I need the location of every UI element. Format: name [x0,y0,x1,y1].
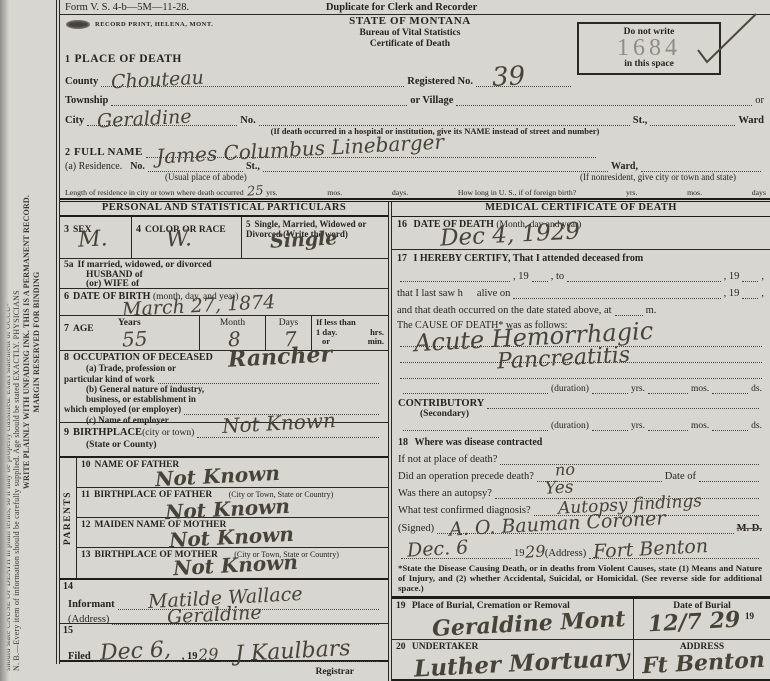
filed-year-handwritten: 29 [197,644,219,664]
residence-st-line [263,160,608,172]
death-occurred-label: and that death occurred on the date stat… [397,305,612,316]
howlong-label: How long in U. S., if of foreign birth? [458,188,576,197]
parents-side-label-cell: PARENTS [60,458,77,578]
margin-note-line1: N. B.—Every item of information should b… [12,3,21,681]
margin-note-line3: PATION is very important. [0,3,3,681]
if-not-label: If not at place of death? [398,454,497,465]
city-line: Geraldine [87,114,237,126]
death-certificate-scan: PATION is very important. should state C… [0,0,770,681]
informant-address-label: (Address) [68,614,109,625]
row-occupation: 8OCCUPATION OF DECEASED (a) Trade, profe… [60,351,388,423]
birthplace-label: BIRTHPLACE [73,427,142,438]
marital-cell: 5Single, Married, Widowed or Divorced (W… [242,217,388,258]
printer-name: RECORD PRINT, HELENA, MONT. [95,21,213,28]
printer-logo-icon [66,20,90,29]
residence-subnotes: (Usual place of abode) (If nonresident, … [60,172,770,183]
row-5a: 5aIf married, widowed, or divorced HUSBA… [60,259,388,289]
address-label: (Address) [545,548,586,559]
personal-column-header: PERSONAL AND STATISTICAL PARTICULARS [60,202,388,217]
state-title: STATE OF MONTANA [255,16,565,28]
village-or: or [755,95,764,106]
undertaker-address-cell: ADDRESS Ft Benton [634,640,770,679]
township-line [111,94,407,106]
undertaker-address-handwritten: Ft Benton [641,647,765,679]
occupation-label: OCCUPATION OF DECEASED [73,352,213,363]
residence-ward-line [641,160,761,172]
signed-year-handwritten: 29 [524,541,546,561]
contributory-block: CONTRIBUTORY (Secondary) [392,394,770,418]
cause-of-death-area: Acute Hemorrhagic Pancreatitis [392,331,770,381]
alive-on-label: alive on [477,288,511,299]
age-label: AGE [73,324,94,334]
bureau-title: Bureau of Vital Statistics [255,28,565,40]
section1-number: 1 [65,54,71,65]
row-sex-race-marital: 3SEX M. 4COLOR OR RACE W. 5Single, Marri… [60,217,388,259]
burial-place-cell: 19 Place of Burial, Cremation or Removal… [392,599,634,639]
age-years-cell: 7AGE Years 55 [60,316,200,350]
father-name-handwritten: Not Known [154,461,280,492]
informant-address-handwritten: Geraldine [167,602,263,629]
marital-handwritten: Single [270,233,338,247]
full-name-label: FULL NAME [74,146,143,158]
county-row: County Chouteau Registered No. 39 [60,65,580,87]
state-heading: STATE OF MONTANA Bureau of Vital Statist… [255,16,565,51]
undertaker-cell: 20 UNDERTAKER Luther Mortuary [392,640,634,679]
city-st-line [650,114,735,126]
county-line: Chouteau [101,75,404,87]
row-age: 7AGE Years 55 Month 8 Days 7 If less tha… [60,316,388,351]
occupation-b1: (b) General nature of industry, [64,384,388,394]
test-label: What test confirmed diagnosis? [398,505,531,516]
duplicate-note: Duplicate for Clerk and Recorder [189,2,614,13]
township-label: Township [65,95,108,106]
residence-ward-label: Ward, [611,161,638,172]
registered-no-label: Registered No. [407,76,473,87]
medical-column-header: MEDICAL CERTIFICATE OF DEATH [392,202,770,217]
occupation-a2: particular kind of work [64,374,155,384]
personal-column: PERSONAL AND STATISTICAL PARTICULARS 3SE… [60,202,392,681]
autopsy-label: Was there an autopsy? [398,488,492,499]
m5a-line1: If married, widowed, or divorced [78,260,212,270]
row-date-of-death: 16 DATE OF DEATH (Month, day and year) D… [392,217,770,250]
length-yrs: yrs. [266,188,277,197]
certify-statement: I HEREBY CERTIFY, That I attended deceas… [414,253,644,264]
residence-label: (a) Residence. [65,161,122,172]
row-date-of-birth: 6DATE OF BIRTH (month, day, and year) Ma… [60,289,388,316]
row-father-name: 10NAME OF FATHER Not Known [77,458,388,488]
length-label: Length of residence in city or town wher… [65,188,244,197]
signed-date-handwritten: Dec. 6 [406,536,468,561]
place-of-death-title: 1PLACE OF DEATH [60,53,770,65]
birthplace-handwritten: Not Known [222,408,337,438]
length-handwritten: 25 [246,183,264,199]
signed-address-handwritten: Fort Benton [593,535,709,563]
form-number: Form V. S. 4-b—5M—11-28. [65,2,189,13]
form-top-row: Form V. S. 4-b—5M—11-28. Duplicate for C… [60,0,770,15]
registrar-signature: J Kaulbars [234,636,351,667]
date-of-label: Date of [665,471,696,482]
race-handwritten: W. [165,226,192,252]
city-no-label: No. [240,115,255,126]
birthplace-sublabel: (city or town) [142,428,194,438]
certificate-title: Certificate of Death [255,39,565,51]
length-mos: mos. [327,188,342,197]
duration-line-primary: (duration) yrs. mos. ds. [392,381,770,394]
operation-label: Did an operation precede death? [398,471,534,482]
county-label: County [65,76,98,87]
row-mother-birthplace: 13BIRTHPLACE OF MOTHER (City or Town, St… [77,548,388,578]
row-burial: 19 Place of Burial, Cremation or Removal… [392,599,770,640]
village-line [456,94,752,106]
registered-no-line: 39 [476,75,571,87]
disease-contracted-block: 18 Where was disease contracted If not a… [392,431,770,559]
margin-write-plainly: WRITE PLAINLY WITH UNFADING INK. THIS IS… [22,3,31,681]
last-saw-label: that I last saw h [397,288,463,299]
burial-date-cell: Date of Burial 19 12/7 29 [634,599,770,639]
full-name-line: James Columbus Linebarger [146,146,596,158]
mother-birthplace-handwritten: Not Known [172,550,298,581]
sex-cell: 3SEX M. [60,217,132,258]
medical-column: MEDICAL CERTIFICATE OF DEATH 16 DATE OF … [392,202,770,681]
section2-number: 2 [65,147,70,158]
certify-block: 17 I HEREBY CERTIFY, That I attended dec… [392,250,770,331]
certificate-form: Form V. S. 4-b—5M—11-28. Duplicate for C… [56,0,770,664]
row-mother-name: 12MAIDEN NAME OF MOTHER Not Known [77,518,388,548]
informant-label: Informant [68,599,115,610]
occupation-handwritten: Rancher [228,349,332,365]
section-place-of-death: 1PLACE OF DEATH County Chouteau Register… [60,53,770,137]
length-days: days. [392,188,408,197]
registered-no-handwritten: 39 [491,61,526,93]
row-filed: 15 Filed Dec 6, , 19 29 J Kaulbars Regis… [60,624,388,662]
filed-19: , 19 [182,651,198,662]
residence-no-label: No. [130,161,145,172]
abode-note: (Usual place of abode) [165,172,247,183]
check-mark [690,12,770,70]
printer-stamp: RECORD PRINT, HELENA, MONT. [66,20,213,29]
parents-block: PARENTS 10NAME OF FATHER Not Known 11BIR… [60,458,388,580]
row-undertaker: 20 UNDERTAKER Luther Mortuary ADDRESS Ft… [392,640,770,681]
row-birthplace: 9 BIRTHPLACE (city or town) Not Known (S… [60,423,388,458]
full-name-row: 2 FULL NAME James Columbus Linebarger [60,137,770,158]
howlong-days: days [752,188,766,197]
burial-place-handwritten: Geraldine Mont [431,606,626,642]
nonresident-note: (If nonresident, give city or town and s… [580,172,736,183]
city-row: City Geraldine No. St., Ward [60,106,770,126]
registrar-label: Registrar [63,667,388,677]
length-of-residence-row: Length of residence in city or town wher… [60,183,770,198]
contributory-label: CONTRIBUTORY [398,398,484,409]
signed-label: (Signed) [398,523,434,534]
margin-note-line2: should state CAUSE OF DEATH in plain ter… [3,3,12,681]
age-years-handwritten: 55 [121,326,148,351]
occupation-b3: which employed (or employer) [64,404,181,414]
city-no-line [259,114,630,126]
cause-footnote: *State the Disease Causing Death, or in … [392,559,770,596]
sex-handwritten: M. [77,226,108,253]
where-contracted-label: Where was disease contracted [415,437,543,448]
two-column-area: PERSONAL AND STATISTICAL PARTICULARS 3SE… [60,202,770,681]
margin-reserved: MARGIN RESERVED FOR BINDING [32,3,41,681]
city-label: City [65,115,84,126]
filed-date-handwritten: Dec 6, [99,637,171,666]
burial-date-handwritten: 12/7 29 [647,607,740,638]
duration-line-secondary: (duration) yrs. mos. ds. [392,418,770,431]
howlong-mos: mos. [687,188,702,197]
md-label: M. D. [737,523,762,534]
row-informant: 14 Informant Matilde Wallace (Address) G… [60,580,388,624]
birthplace-state-label: (State or County) [64,440,388,450]
section-full-name: 2 FULL NAME James Columbus Linebarger (a… [60,137,770,198]
row-father-birthplace: 11BIRTHPLACE OF FATHER (City or Town, St… [77,488,388,518]
autopsy-handwritten: Yes [544,477,574,498]
howlong-yrs: yrs. [626,188,637,197]
occupation-b2: business, or establishment in [64,394,388,404]
city-st-label: St., [633,115,648,126]
filed-label: Filed [68,651,91,662]
village-label: or Village [410,95,453,106]
occupation-a1: (a) Trade, profession or [64,363,388,373]
city-ward-label: Ward [738,115,764,126]
race-cell: 4COLOR OR RACE W. [132,217,242,258]
parents-label: PARENTS [63,491,73,545]
undertaker-label: UNDERTAKER [412,642,479,652]
